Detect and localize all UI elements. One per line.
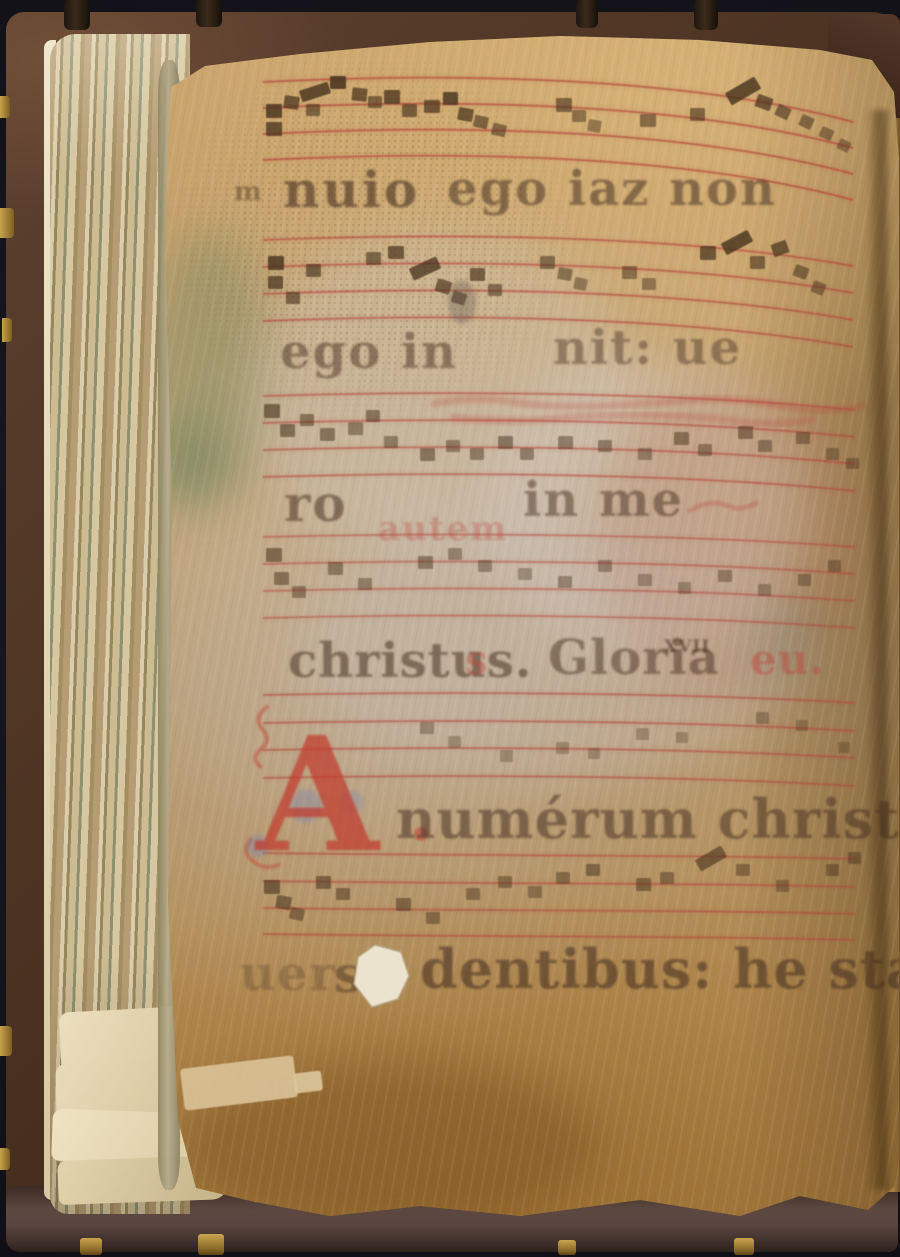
brass-foot	[198, 1234, 224, 1255]
brass-foot	[558, 1240, 576, 1255]
binding-knob	[576, 0, 598, 28]
brass-clasp	[0, 1148, 10, 1170]
brass-clasp	[2, 318, 12, 342]
manuscript-photo: A mnuioego iaz nonego innit: ueroautemin…	[0, 0, 900, 1257]
brass-foot	[734, 1238, 754, 1255]
brass-clasp	[0, 208, 14, 238]
binding-knob	[196, 0, 222, 27]
brass-clasp	[0, 96, 10, 118]
binding-knob	[64, 0, 90, 30]
binding-knob	[694, 0, 718, 30]
binding-hardware	[0, 0, 900, 1257]
brass-clasp	[0, 1026, 12, 1056]
brass-foot	[80, 1238, 102, 1255]
